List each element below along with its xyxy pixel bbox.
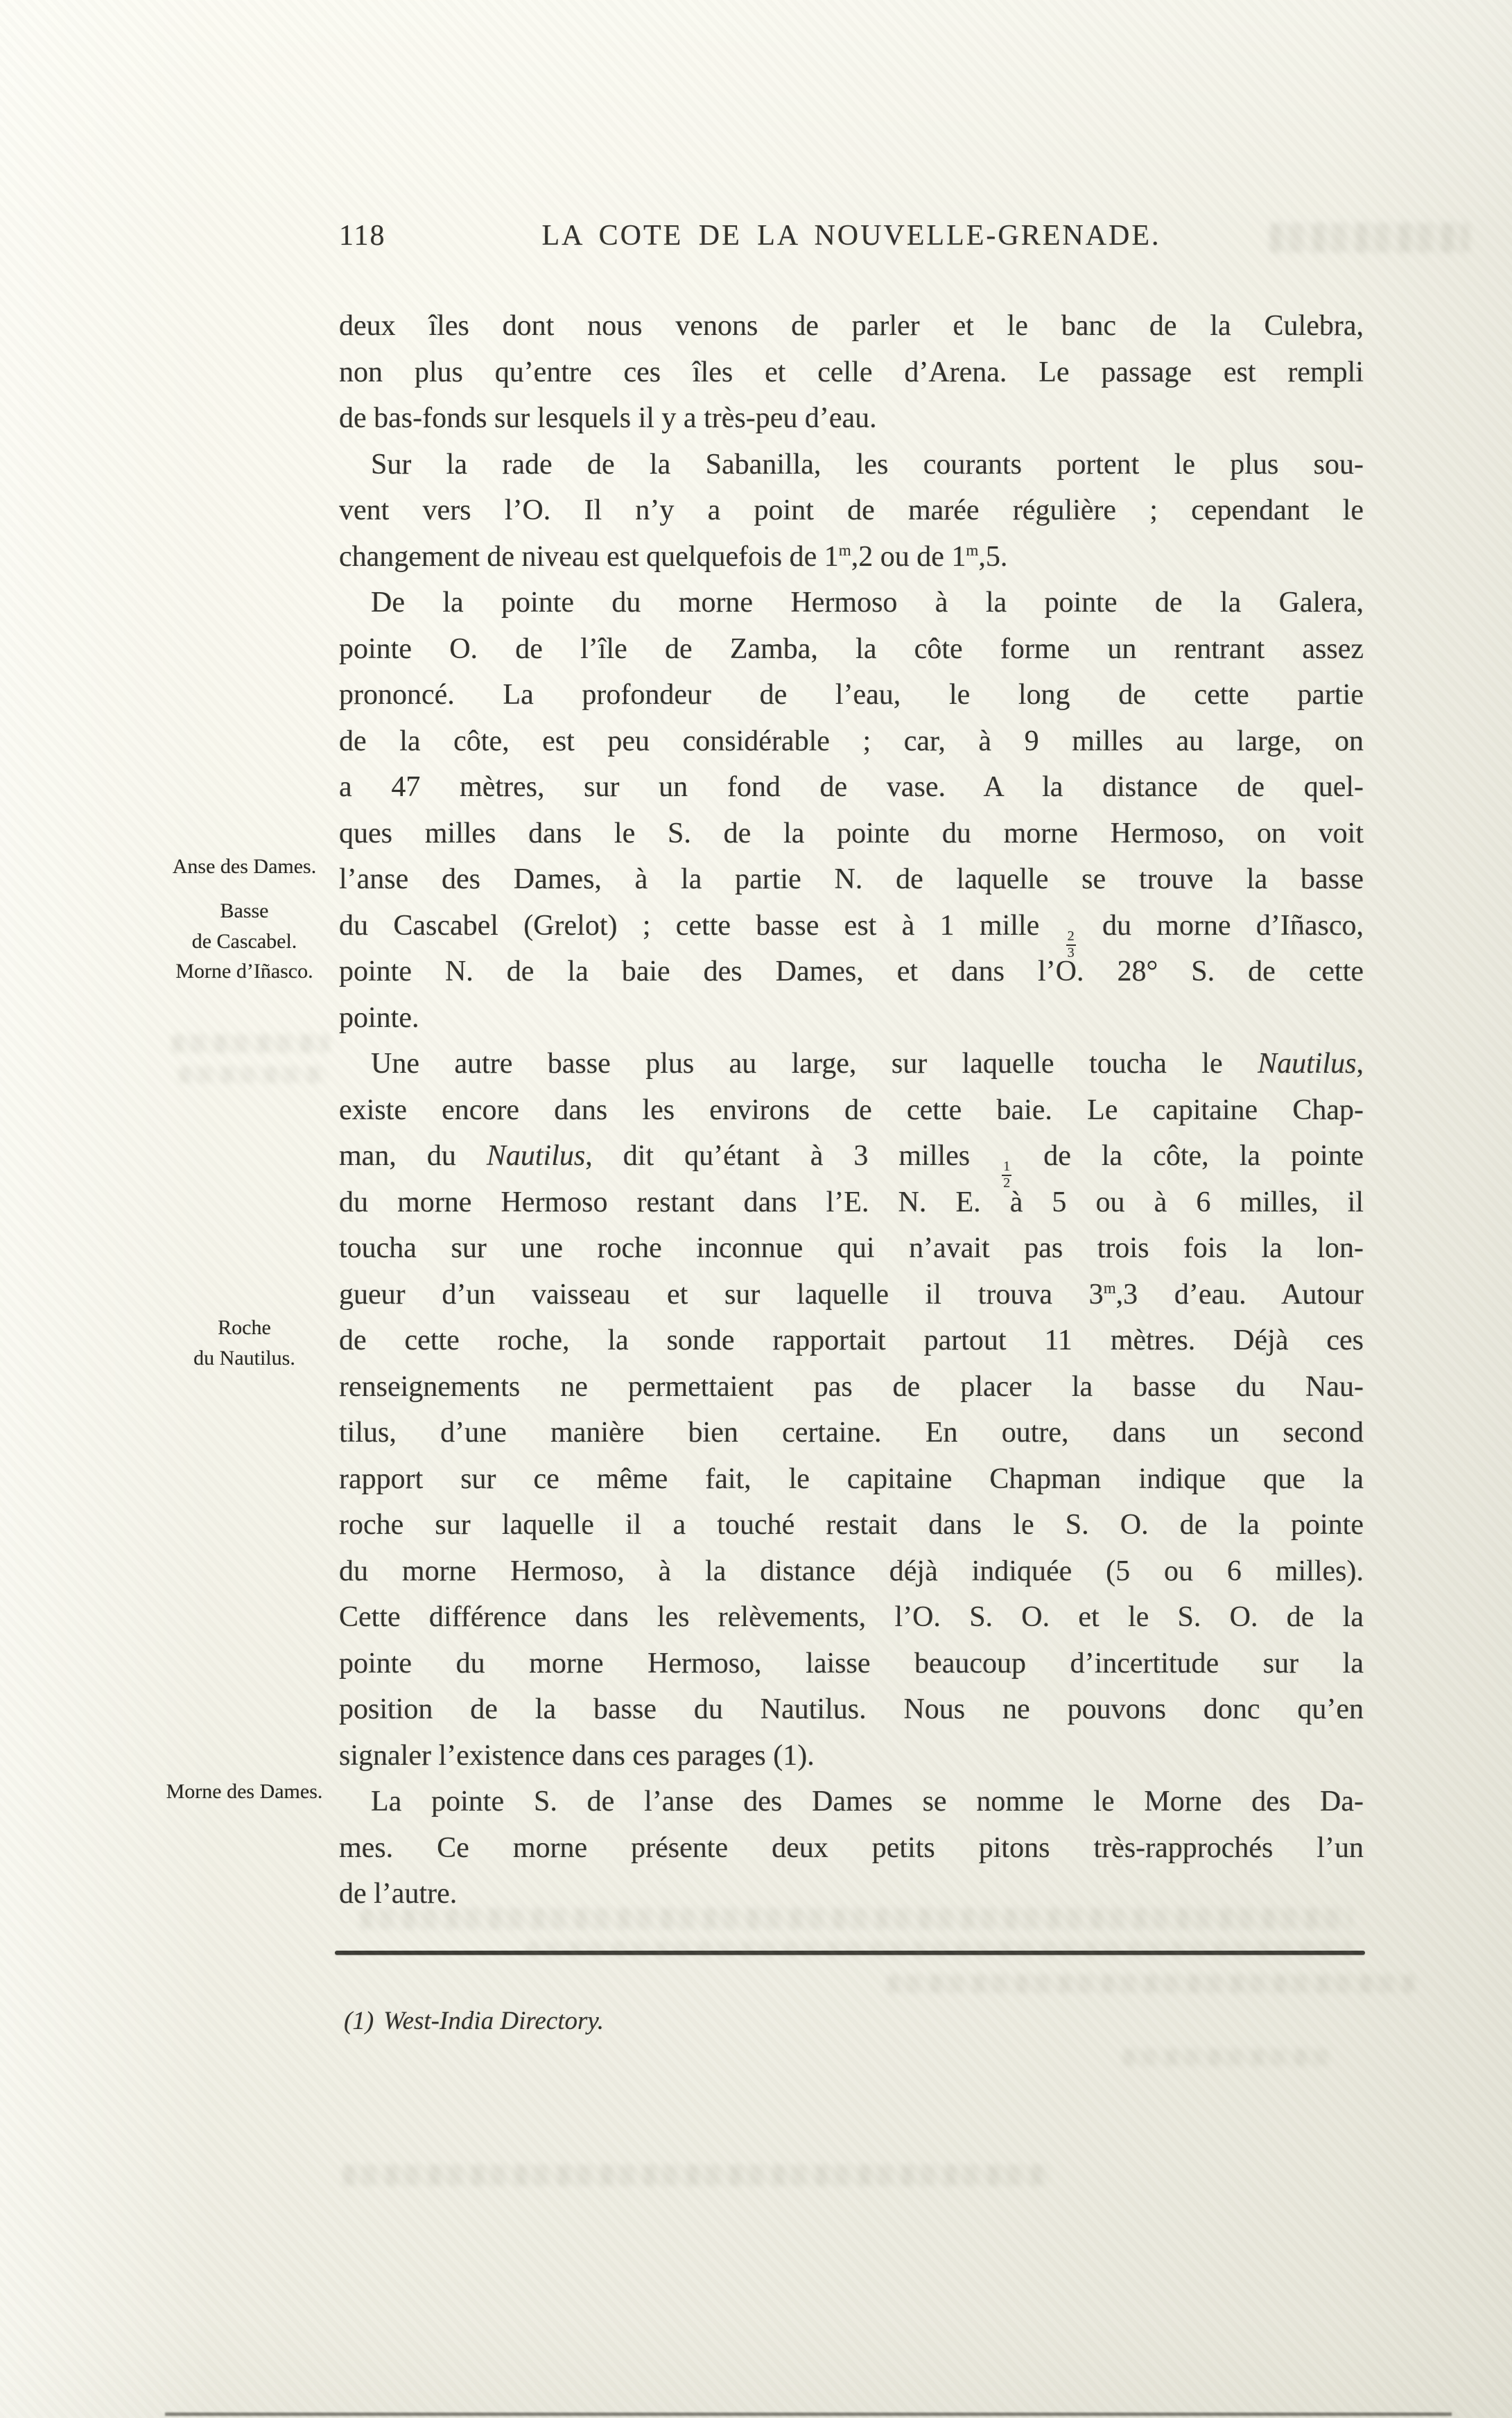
running-header: LA COTE DE LA NOUVELLE-GRENADE. [339,219,1364,252]
body-line: ques milles dans le S. de la pointe du m… [339,811,1364,857]
book-page-scan: 118 LA COTE DE LA NOUVELLE-GRENADE. Anse… [0,0,1512,2418]
margin-note-line: Basse [139,896,350,926]
body-line: Cette différence dans les relèvements, l… [339,1594,1364,1641]
scan-edge-line [165,2412,1452,2416]
footnote-marker: (1) [344,2007,374,2035]
body-line: de cette roche, la sonde rapportait part… [339,1318,1364,1364]
margin-note-line: Morne d’Iñasco. [139,956,350,987]
margin-note-line: Morne des Dames. [139,1777,350,1807]
body-line: roche sur laquelle il a touché restait d… [339,1502,1364,1548]
body-line: pointe O. de l’île de Zamba, la côte for… [339,626,1364,673]
body-line: Sur la rade de la Sabanilla, les courant… [339,442,1364,488]
body-line: rapport sur ce même fait, le capitaine C… [339,1456,1364,1503]
body-line: gueur d’un vaisseau et sur laquelle il t… [339,1272,1364,1318]
body-line: du Cascabel (Grelot) ; cette basse est à… [339,903,1364,949]
body-line: vent vers l’O. Il n’y a point de marée r… [339,487,1364,534]
body-text: deux îles dont nous venons de parler et … [339,303,1364,1917]
body-line: toucha sur une roche inconnue qui n’avai… [339,1225,1364,1272]
body-line: du morne Hermoso restant dans l’E. N. E.… [339,1180,1364,1226]
body-line: La pointe S. de l’anse des Dames se nomm… [339,1779,1364,1825]
body-line: deux îles dont nous venons de parler et … [339,303,1364,349]
ink-bleedthrough [179,1066,327,1083]
body-line: pointe N. de la baie des Dames, et dans … [339,949,1364,995]
body-line: tilus, d’une manière bien certaine. En o… [339,1410,1364,1456]
body-line: du morne Hermoso, à la distance déjà ind… [339,1548,1364,1595]
ink-bleedthrough [360,1908,1352,1929]
margin-note-morne-dinasco: Morne d’Iñasco. [139,956,350,987]
margin-note-anse-des-dames: Anse des Dames. [139,852,350,882]
footnote-title: West-India Directory. [383,2007,604,2035]
body-line: pointe du morne Hermoso, laisse beaucoup… [339,1641,1364,1687]
margin-note-roche-du-nautilus: Roche du Nautilus. [139,1313,350,1374]
body-line: mes. Ce morne présente deux petits piton… [339,1825,1364,1872]
ink-bleedthrough [887,1975,1414,1993]
body-line: l’anse des Dames, à la partie N. de laqu… [339,856,1364,903]
body-line: De la pointe du morne Hermoso à la point… [339,580,1364,626]
margin-note-line: Anse des Dames. [139,852,350,882]
margin-note-line: du Nautilus. [139,1343,350,1374]
margin-note-line: de Cascabel. [139,926,350,957]
body-line: Une autre basse plus au large, sur laque… [339,1041,1364,1087]
ink-bleedthrough [527,1942,1352,1958]
body-line: changement de niveau est quelquefois de … [339,534,1364,580]
ink-bleedthrough [1270,223,1470,252]
ink-bleedthrough [343,2165,1050,2186]
margin-note-line: Roche [139,1313,350,1343]
margin-note-basse-de-cascabel: Basse de Cascabel. [139,896,350,957]
body-line: man, du Nautilus, dit qu’étant à 3 mille… [339,1133,1364,1180]
margin-note-morne-des-dames: Morne des Dames. [139,1777,350,1807]
body-line: non plus qu’entre ces îles et celle d’Ar… [339,349,1364,396]
ink-bleedthrough [172,1035,330,1053]
body-line: a 47 mètres, sur un fond de vase. A la d… [339,764,1364,811]
body-line: prononcé. La profondeur de l’eau, le lon… [339,672,1364,718]
ink-bleedthrough [1123,2049,1331,2066]
body-line: de la côte, est peu considérable ; car, … [339,718,1364,765]
body-line: signaler l’existence dans ces parages (1… [339,1733,1364,1779]
body-line: position de la basse du Nautilus. Nous n… [339,1686,1364,1733]
body-line: existe encore dans les environs de cette… [339,1087,1364,1134]
body-line: pointe. [339,995,1364,1042]
footnote: (1)West-India Directory. [344,2006,604,2036]
body-line: de bas-fonds sur lesquels il y a très-pe… [339,395,1364,442]
body-line: renseignements ne permettaient pas de pl… [339,1364,1364,1410]
